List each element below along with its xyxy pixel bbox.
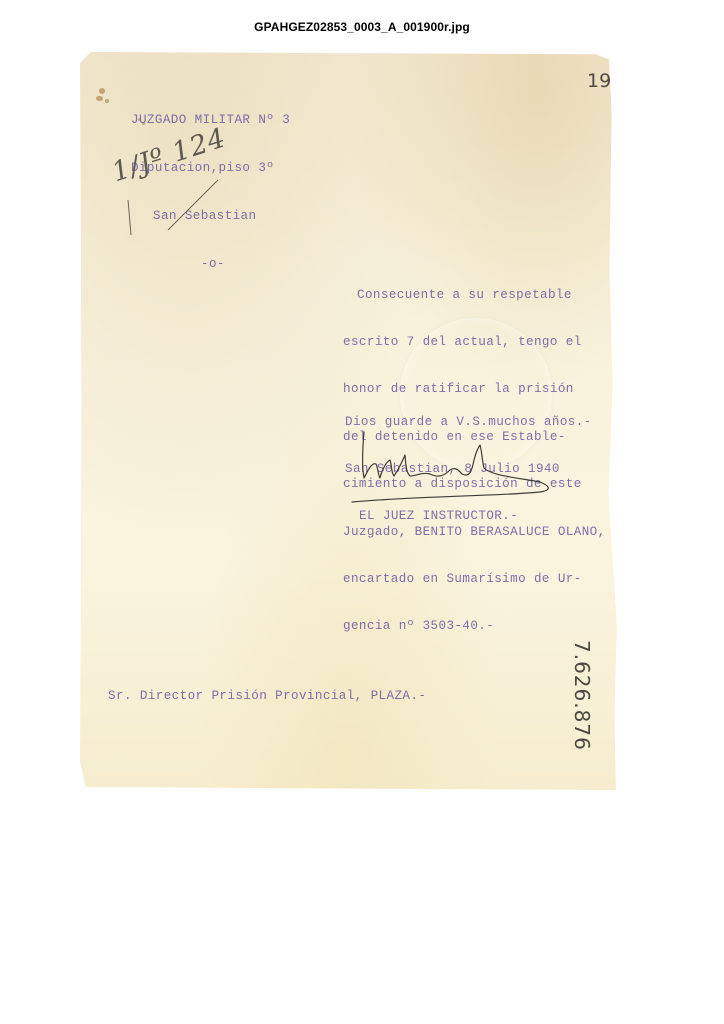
body-line: encartado en Sumarísimo de Ur- xyxy=(343,572,606,588)
foxing-spot xyxy=(96,96,103,101)
file-title: GPAHGEZ02853_0003_A_001900r.jpg xyxy=(0,20,724,34)
closing-greeting: Dios guarde a V.S.muchos años.- xyxy=(345,415,592,431)
foxing-spot xyxy=(105,99,109,103)
letterhead: JUZGADO MILITAR Nº 3 Diputacion,piso 3º … xyxy=(131,80,290,288)
foxing-spot xyxy=(99,88,105,94)
letter-closing: Dios guarde a V.S.muchos años.- San Seba… xyxy=(345,384,592,540)
letterhead-separator: -o- xyxy=(131,256,290,272)
closing-place-date: San Sebastian, 8 Julio 1940 xyxy=(345,462,592,478)
page-number: 19 xyxy=(587,70,611,92)
body-line: gencia nº 3503-40.- xyxy=(343,619,606,635)
closing-signatory-title: EL JUEZ INSTRUCTOR.- xyxy=(345,509,592,525)
addressee: Sr. Director Prisión Provincial, PLAZA.- xyxy=(108,688,426,704)
body-line: escrito 7 del actual, tengo el xyxy=(343,335,606,351)
body-line: Consecuente a su respetable xyxy=(343,288,606,304)
archive-stamp-number: 7.626.876 xyxy=(570,640,594,751)
letterhead-city: San Sebastian xyxy=(131,208,290,224)
